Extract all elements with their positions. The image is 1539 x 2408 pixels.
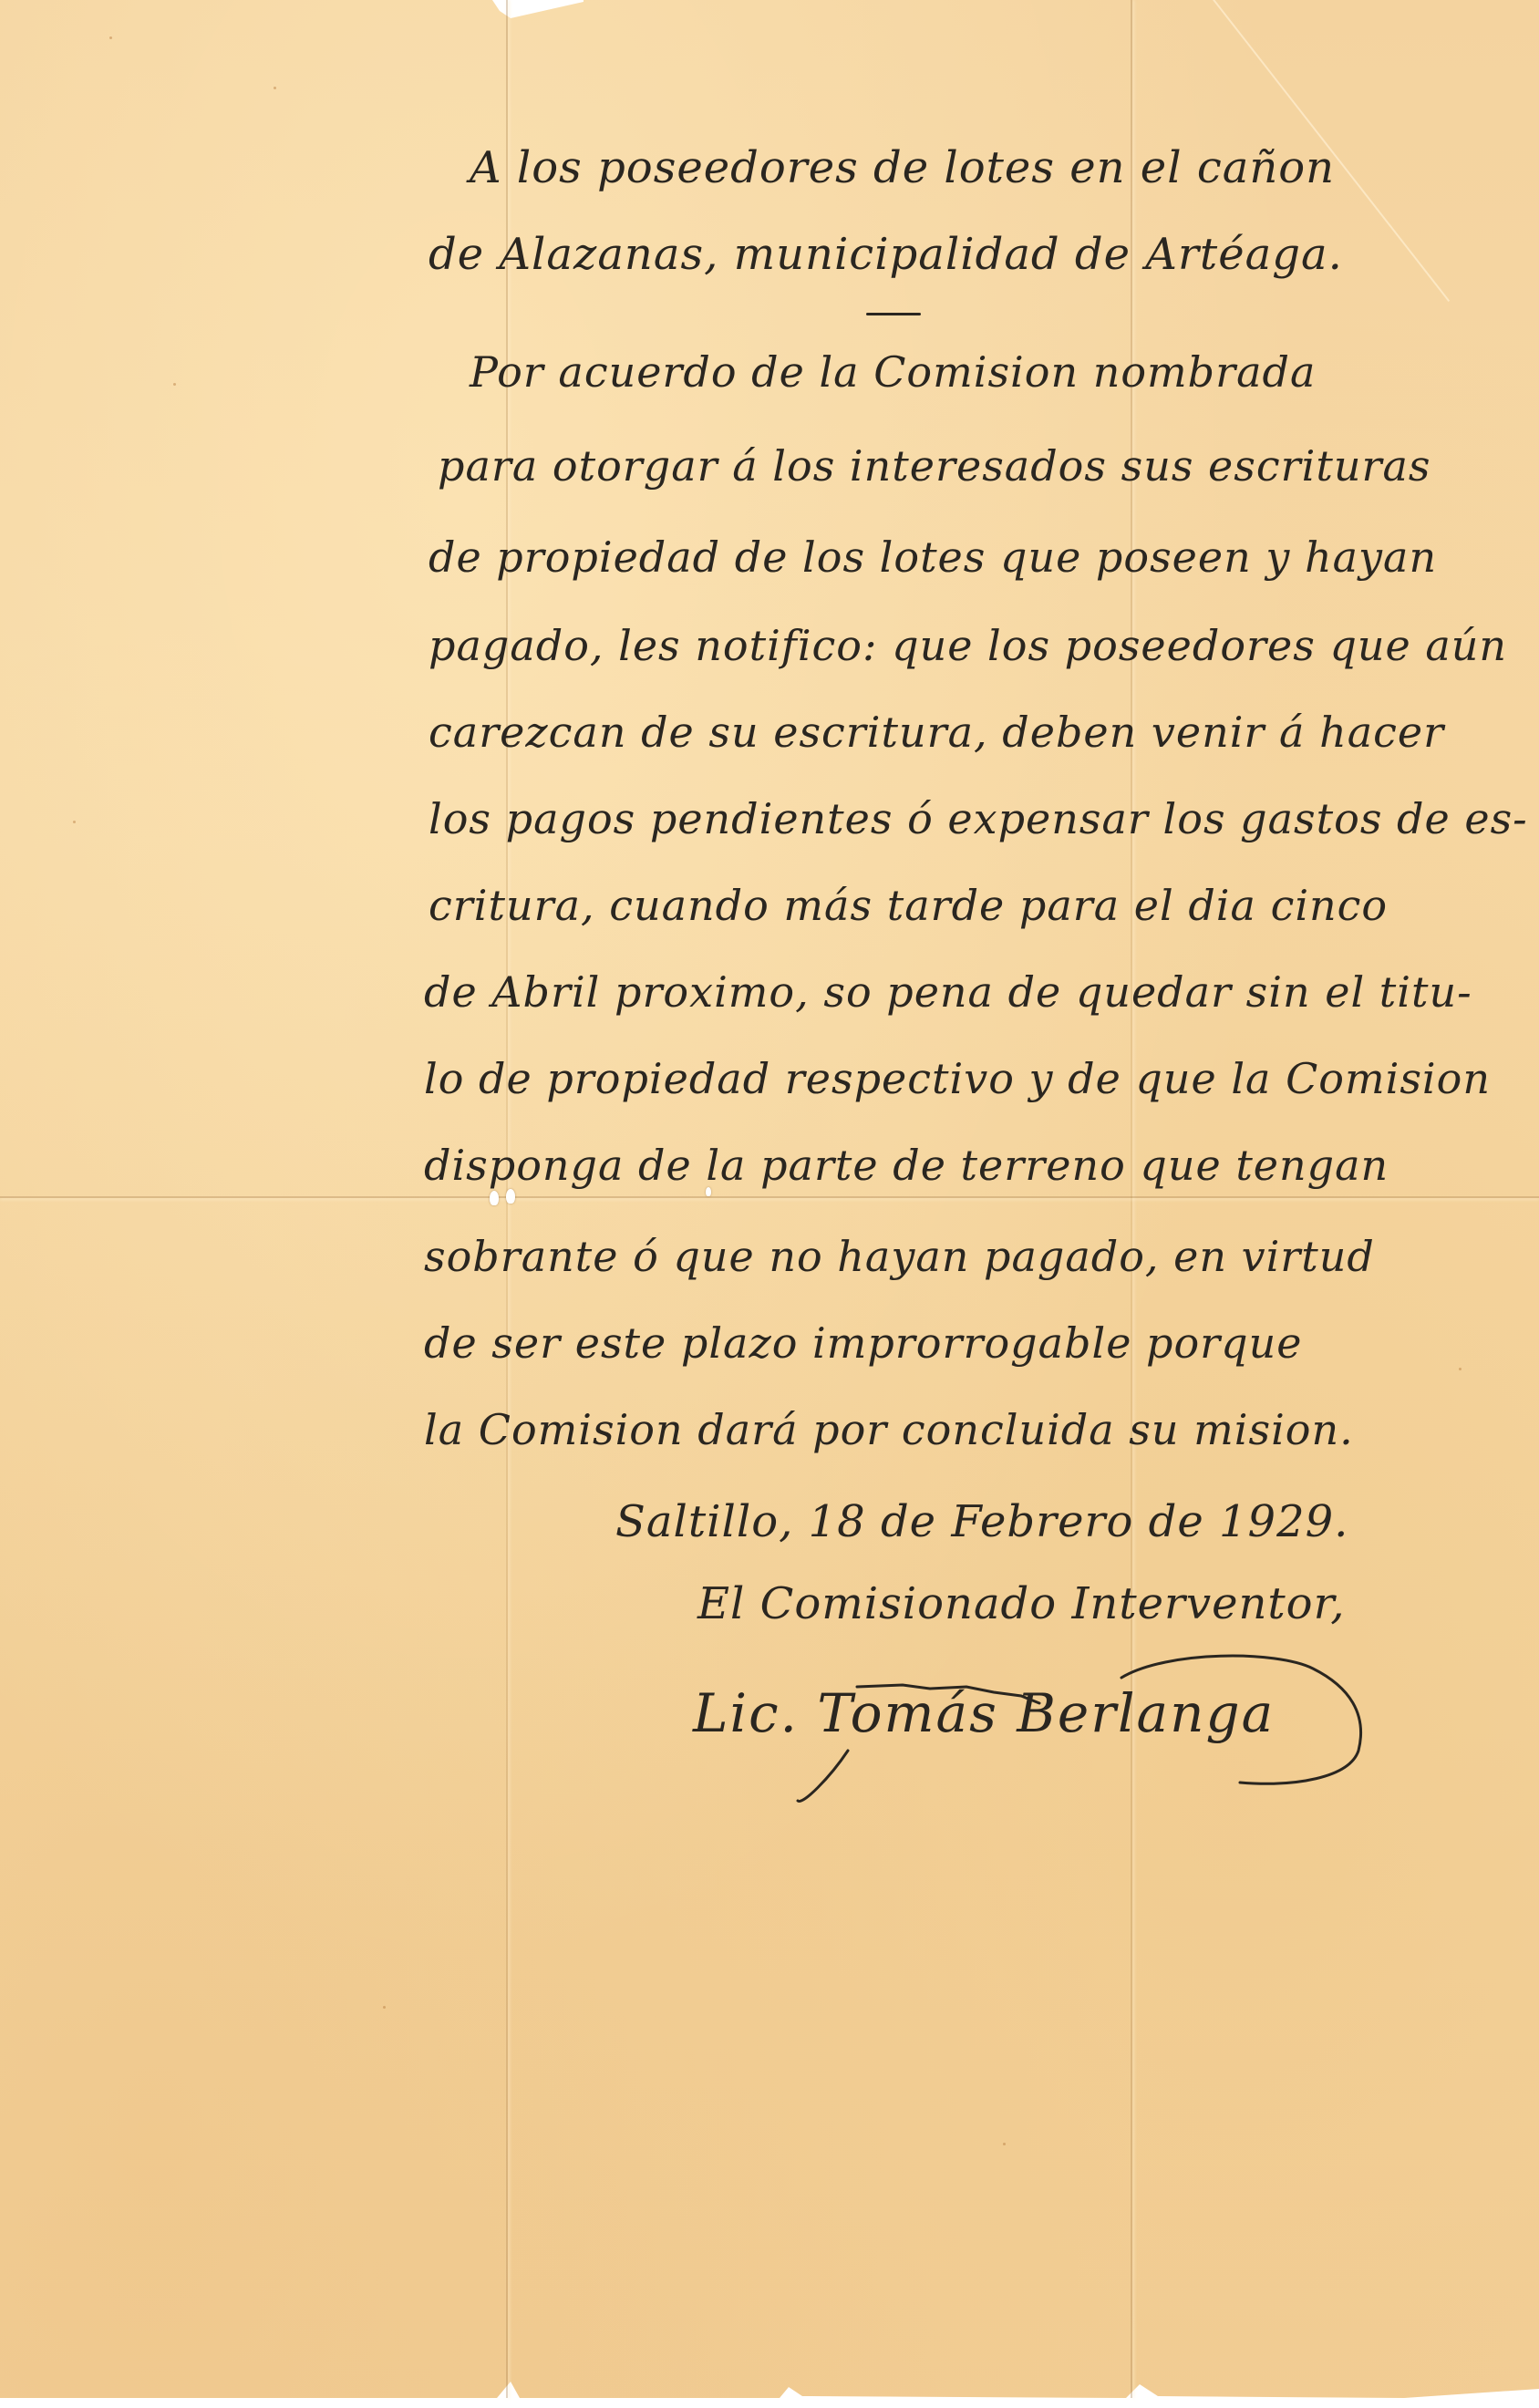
body-line-8: de Abril proximo, so pena de quedar sin …: [424, 971, 1472, 1013]
heading-line-2: de Alazanas, municipalidad de Artéaga.: [429, 233, 1343, 276]
body-line-13: la Comision dará por concluida su mision…: [424, 1409, 1354, 1451]
fold-crease-horizontal: [0, 1196, 1539, 1198]
signature: Lic. Tomás Berlanga: [693, 1682, 1275, 1744]
paper-speck: [1003, 2143, 1006, 2145]
body-line-6: los pagos pendientes ó expensar los gast…: [429, 798, 1528, 840]
paper-speck: [1459, 1368, 1462, 1370]
paper-speck: [173, 383, 176, 386]
paper-speck: [274, 87, 276, 89]
heading-separator: [866, 313, 921, 315]
body-line-11: sobrante ó que no hayan pagado, en virtu…: [424, 1235, 1375, 1277]
paper-speck: [383, 2006, 386, 2009]
paper-speck: [109, 36, 112, 39]
place-date: Saltillo, 18 de Febrero de 1929.: [615, 1500, 1348, 1544]
paper-speck: [73, 821, 76, 823]
paper-hole: [490, 1191, 499, 1205]
signer-title: El Comisionado Interventor,: [697, 1582, 1346, 1626]
body-line-4: pagado, les notifico: que los poseedores…: [429, 625, 1507, 667]
body-line-2: para otorgar á los interesados sus escri…: [438, 445, 1431, 487]
heading-line-1: A los poseedores de lotes en el cañon: [470, 146, 1335, 190]
body-line-3: de propiedad de los lotes que poseen y h…: [429, 536, 1437, 578]
signature-block: Lic. Tomás Berlanga: [693, 1641, 1404, 1796]
body-line-5: carezcan de su escritura, deben venir á …: [429, 711, 1444, 753]
body-line-7: critura, cuando más tarde para el dia ci…: [429, 884, 1388, 926]
body-line-12: de ser este plazo improrrogable porque: [424, 1322, 1302, 1364]
body-line-10: disponga de la parte de terreno que teng…: [424, 1144, 1389, 1186]
body-line-1: Por acuerdo de la Comision nombrada: [470, 351, 1316, 393]
body-line-9: lo de propiedad respectivo y de que la C…: [424, 1058, 1491, 1100]
paper-hole: [506, 1189, 515, 1204]
